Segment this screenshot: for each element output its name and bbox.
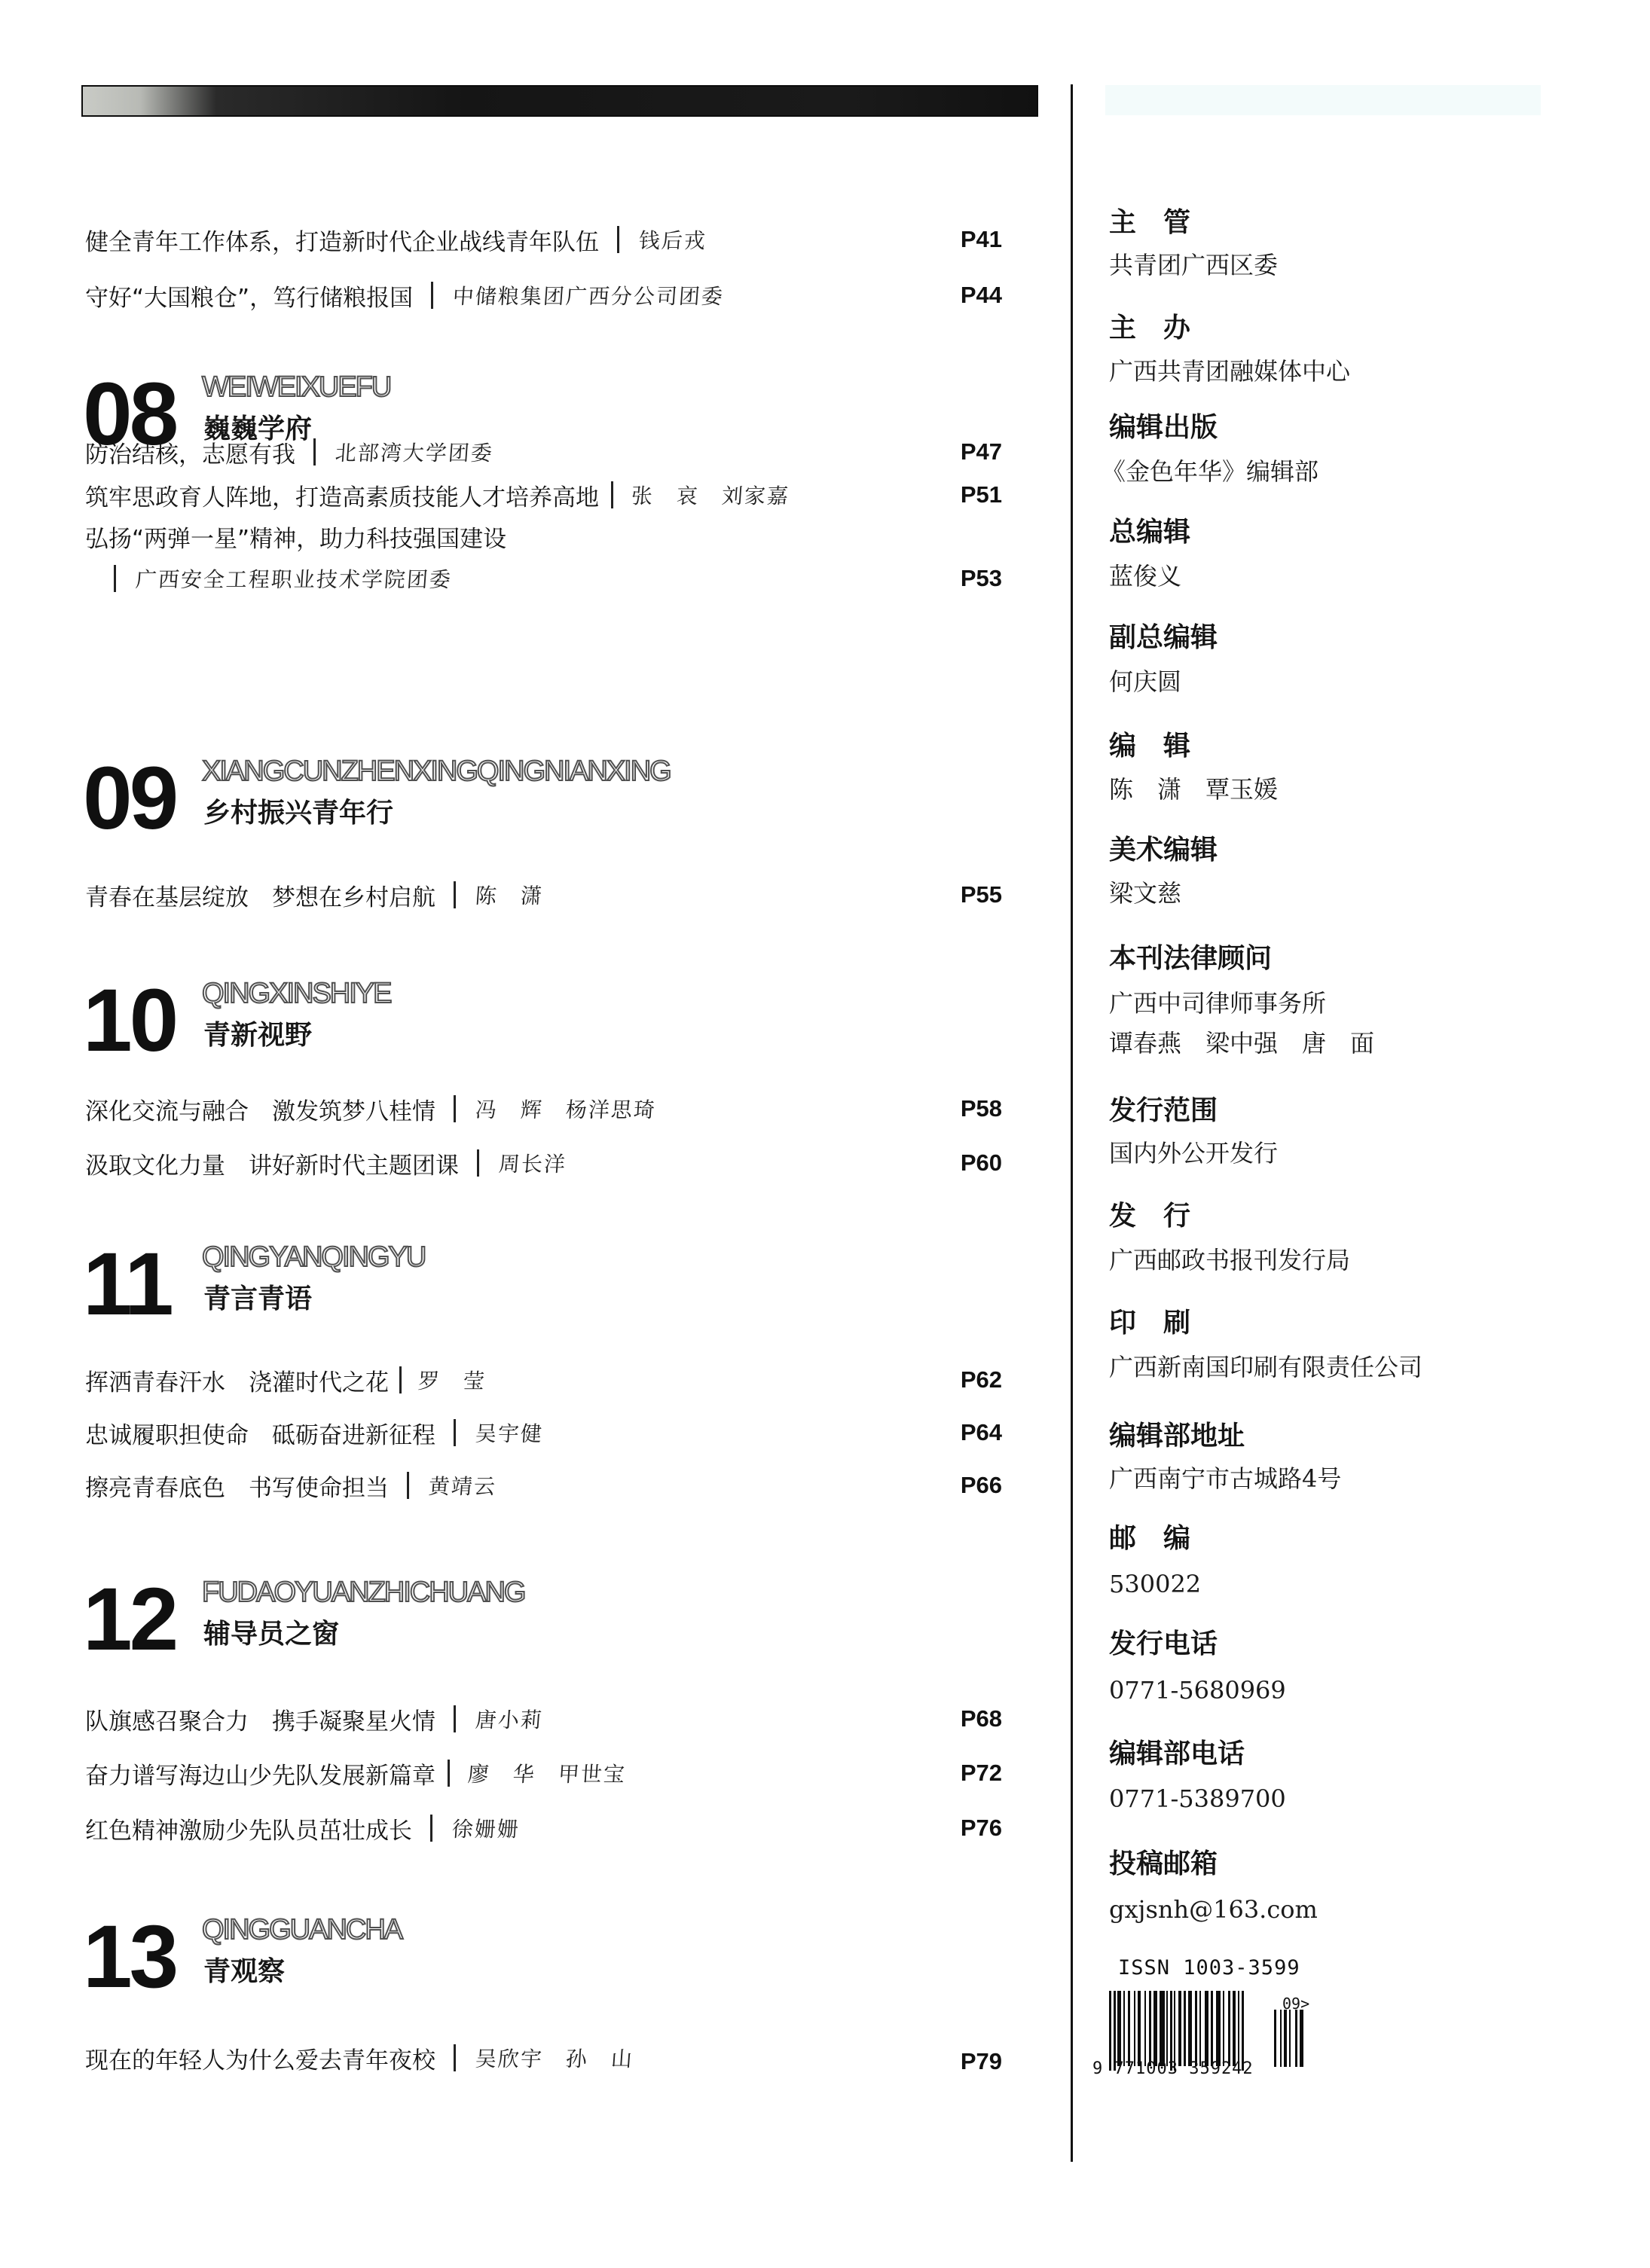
separator bbox=[313, 438, 316, 466]
entry-title: 防治结核，志愿有我 bbox=[85, 435, 295, 469]
masthead-label-postcode: 邮 编 bbox=[1109, 1522, 1190, 1555]
separator bbox=[454, 2044, 456, 2071]
entry-author: 张 哀 刘家嘉 bbox=[631, 480, 791, 510]
entry-page: P64 bbox=[961, 1419, 1002, 1446]
masthead-label-distribution-phone: 发行电话 bbox=[1109, 1628, 1218, 1661]
section-title: 辅导员之窗 bbox=[203, 1618, 339, 1651]
masthead-label-address: 编辑部地址 bbox=[1109, 1420, 1245, 1453]
toc-entry[interactable]: 忠诚履职担使命 砥砺奋进新征程 吴宇健 P64 bbox=[85, 1416, 1002, 1449]
decorative-header-bar bbox=[81, 85, 1038, 117]
masthead-value: 谭春燕 梁中强 唐 面 bbox=[1109, 1028, 1374, 1058]
masthead-label-distribution-scope: 发行范围 bbox=[1109, 1094, 1218, 1128]
section-number: 11 bbox=[83, 1247, 171, 1322]
entry-page: P76 bbox=[961, 1815, 1002, 1842]
toc-entry[interactable]: 擦亮青春底色 书写使命担当 黄靖云 P66 bbox=[85, 1469, 1002, 1502]
entry-title: 红色精神激励少先队员茁壮成长 bbox=[85, 1812, 412, 1845]
section-pinyin: FUDAOYUANZHICHUANG bbox=[202, 1577, 524, 1607]
section-pinyin: QINGGUANCHA bbox=[202, 1915, 402, 1945]
entry-title: 健全青年工作体系，打造新时代企业战线青年队伍 bbox=[85, 223, 599, 257]
masthead-value: 梁文慈 bbox=[1109, 878, 1181, 908]
section-pinyin: WEIWEIXUEFU bbox=[202, 372, 390, 402]
entry-title: 忠诚履职担使命 砥砺奋进新征程 bbox=[85, 1416, 435, 1450]
toc-entry[interactable]: 青春在基层绽放 梦想在乡村启航 陈 潇 P55 bbox=[85, 878, 1002, 911]
toc-entry[interactable]: 汲取文化力量 讲好新时代主题团课 周长洋 P60 bbox=[85, 1146, 1002, 1180]
section-pinyin: XIANGCUNZHENXINGQINGNIANXING bbox=[202, 756, 671, 786]
entry-title: 筑牢思政育人阵地，打造高素质技能人才培养高地 bbox=[85, 478, 599, 512]
entry-title: 队旗感召聚合力 携手凝聚星火情 bbox=[85, 1702, 435, 1736]
entry-author: 周长洋 bbox=[498, 1148, 568, 1178]
entry-author: 陈 潇 bbox=[475, 880, 545, 910]
entry-title: 现在的年轻人为什么爱去青年夜校 bbox=[85, 2041, 435, 2075]
section-number: 12 bbox=[83, 1582, 176, 1657]
entry-author: 吴宇健 bbox=[475, 1418, 545, 1448]
separator bbox=[448, 1760, 450, 1787]
entry-page: P58 bbox=[961, 1095, 1002, 1122]
toc-entry-continued[interactable]: 广西安全工程职业技术学院团委 P53 bbox=[85, 562, 1002, 595]
column-divider bbox=[1071, 84, 1073, 2162]
entry-title: 青春在基层绽放 梦想在乡村启航 bbox=[85, 878, 435, 912]
separator bbox=[454, 1705, 456, 1732]
separator bbox=[617, 226, 619, 253]
toc-entry[interactable]: 弘扬“两弹一星”精神，助力科技强国建设 bbox=[85, 520, 1002, 553]
masthead-label-printing: 印 刷 bbox=[1109, 1307, 1190, 1340]
entry-page: P41 bbox=[961, 226, 1002, 253]
entry-title: 擦亮青春底色 书写使命担当 bbox=[85, 1469, 389, 1503]
entry-page: P53 bbox=[961, 565, 1002, 592]
section-pinyin: QINGXINSHIYE bbox=[202, 978, 391, 1009]
submission-email-link[interactable]: gxjsnh@163.com bbox=[1109, 1894, 1318, 1925]
masthead-value: 共青团广西区委 bbox=[1109, 250, 1278, 280]
entry-page: P60 bbox=[961, 1149, 1002, 1177]
entry-title: 弘扬“两弹一星”精神，助力科技强国建设 bbox=[85, 520, 506, 554]
toc-entry[interactable]: 守好“大国粮仓”，笃行储粮报国 中储粮集团广西分公司团委 P44 bbox=[85, 279, 1002, 312]
masthead-label-distribution: 发 行 bbox=[1109, 1200, 1190, 1233]
entry-author: 中储粮集团广西分公司团委 bbox=[452, 280, 726, 310]
masthead-value: 530022 bbox=[1109, 1569, 1201, 1599]
entry-page: P47 bbox=[961, 438, 1002, 466]
masthead-value: 国内外公开发行 bbox=[1109, 1138, 1278, 1168]
masthead-label-editors: 编 辑 bbox=[1109, 730, 1190, 763]
separator bbox=[454, 881, 456, 908]
entry-page: P72 bbox=[961, 1760, 1002, 1787]
separator bbox=[454, 1419, 456, 1446]
entry-page: P68 bbox=[961, 1705, 1002, 1732]
masthead-value: 广西新南国印刷有限责任公司 bbox=[1109, 1352, 1422, 1382]
section-number: 13 bbox=[83, 1919, 176, 1995]
masthead-value: 陈 潇 覃玉媛 bbox=[1109, 774, 1278, 804]
masthead-value: 《金色年华》编辑部 bbox=[1102, 456, 1318, 487]
toc-entry[interactable]: 健全青年工作体系，打造新时代企业战线青年队伍 钱后戎 P41 bbox=[85, 223, 1002, 256]
section-number: 09 bbox=[83, 761, 176, 836]
entry-title: 深化交流与融合 激发筑梦八桂情 bbox=[85, 1092, 435, 1126]
section-title: 青观察 bbox=[203, 1955, 285, 1989]
masthead-value: 广西中司律师事务所 bbox=[1109, 988, 1326, 1018]
section-title: 青言青语 bbox=[203, 1283, 312, 1316]
issn-label: ISSN 1003-3599 bbox=[1118, 1956, 1300, 1980]
entry-author: 北部湾大学团委 bbox=[335, 437, 495, 467]
entry-author: 冯 辉 杨洋思琦 bbox=[475, 1094, 658, 1124]
separator bbox=[611, 481, 613, 508]
entry-author: 廖 华 甲世宝 bbox=[467, 1758, 628, 1788]
masthead-value: 0771-5389700 bbox=[1109, 1784, 1286, 1814]
masthead-value: 0771-5680969 bbox=[1109, 1675, 1286, 1705]
masthead-label-submission-email: 投稿邮箱 bbox=[1109, 1848, 1218, 1881]
entry-author: 钱后戎 bbox=[638, 224, 708, 255]
entry-author: 黄靖云 bbox=[428, 1470, 498, 1500]
barcode-icon bbox=[1109, 1991, 1260, 2066]
entry-title: 汲取文化力量 讲好新时代主题团课 bbox=[85, 1146, 459, 1180]
masthead-label-legal-counsel: 本刊法律顾问 bbox=[1109, 942, 1272, 975]
entry-title: 挥洒青春汗水 浇灌时代之花 bbox=[85, 1363, 389, 1397]
entry-author: 广西安全工程职业技术学院团委 bbox=[135, 563, 454, 594]
section-pinyin: QINGYANQINGYU bbox=[202, 1242, 425, 1272]
barcode-supplement-icon bbox=[1274, 2010, 1307, 2067]
entry-title: 奋力谱写海边山少先队发展新篇章 bbox=[85, 1757, 435, 1790]
toc-entry[interactable]: 队旗感召聚合力 携手凝聚星火情 唐小莉 P68 bbox=[85, 1702, 1002, 1735]
masthead-label-sponsor: 主 办 bbox=[1109, 312, 1190, 345]
entry-page: P62 bbox=[961, 1366, 1002, 1393]
entry-author: 吴欣宇 孙 山 bbox=[475, 2043, 635, 2073]
separator bbox=[114, 565, 116, 592]
section-number: 10 bbox=[83, 983, 176, 1058]
masthead-value: 蓝俊义 bbox=[1109, 561, 1181, 591]
masthead-value: 广西邮政书报刊发行局 bbox=[1109, 1245, 1350, 1275]
toc-entry[interactable]: 奋力谱写海边山少先队发展新篇章 廖 华 甲世宝 P72 bbox=[85, 1757, 1002, 1790]
masthead-value: 广西共青团融媒体中心 bbox=[1109, 356, 1350, 386]
barcode-number: 9 771003 359242 bbox=[1092, 2059, 1254, 2078]
masthead-label-supervisor: 主 管 bbox=[1109, 206, 1190, 240]
separator bbox=[430, 1815, 432, 1842]
entry-page: P44 bbox=[961, 282, 1002, 309]
masthead-label-editor-in-chief: 总编辑 bbox=[1109, 516, 1190, 549]
entry-page: P55 bbox=[961, 881, 1002, 908]
entry-page: P51 bbox=[961, 481, 1002, 508]
toc-entry[interactable]: 深化交流与融合 激发筑梦八桂情 冯 辉 杨洋思琦 P58 bbox=[85, 1092, 1002, 1125]
masthead-label-art-editor: 美术编辑 bbox=[1109, 834, 1218, 867]
separator bbox=[477, 1149, 479, 1177]
toc-entry[interactable]: 防治结核，志愿有我 北部湾大学团委 P47 bbox=[85, 435, 1002, 469]
masthead-label-editorial-phone: 编辑部电话 bbox=[1109, 1738, 1245, 1771]
separator bbox=[399, 1366, 402, 1393]
masthead-value: 广西南宁市古城路4号 bbox=[1109, 1464, 1341, 1494]
separator bbox=[407, 1472, 409, 1499]
toc-entry[interactable]: 现在的年轻人为什么爱去青年夜校 吴欣宇 孙 山 P79 bbox=[85, 2041, 1002, 2074]
section-title: 乡村振兴青年行 bbox=[203, 797, 393, 830]
entry-author: 罗 莹 bbox=[417, 1365, 487, 1395]
entry-author: 唐小莉 bbox=[475, 1704, 545, 1734]
toc-entry[interactable]: 红色精神激励少先队员茁壮成长 徐姗姗 P76 bbox=[85, 1812, 1002, 1845]
toc-entry[interactable]: 挥洒青春汗水 浇灌时代之花 罗 莹 P62 bbox=[85, 1363, 1002, 1397]
masthead-label-deputy-editor: 副总编辑 bbox=[1109, 621, 1218, 655]
separator bbox=[431, 282, 433, 309]
entry-page: P66 bbox=[961, 1472, 1002, 1499]
masthead-value: 何庆圆 bbox=[1109, 667, 1181, 697]
entry-author: 徐姗姗 bbox=[451, 1813, 521, 1843]
entry-title: 守好“大国粮仓”，笃行储粮报国 bbox=[85, 279, 413, 313]
decorative-header-box bbox=[1105, 85, 1541, 115]
section-title: 青新视野 bbox=[203, 1019, 312, 1052]
separator bbox=[454, 1095, 456, 1122]
masthead-label-publisher: 编辑出版 bbox=[1109, 411, 1218, 444]
entry-page: P79 bbox=[961, 2048, 1002, 2075]
toc-entry[interactable]: 筑牢思政育人阵地，打造高素质技能人才培养高地 张 哀 刘家嘉 P51 bbox=[85, 478, 1002, 511]
